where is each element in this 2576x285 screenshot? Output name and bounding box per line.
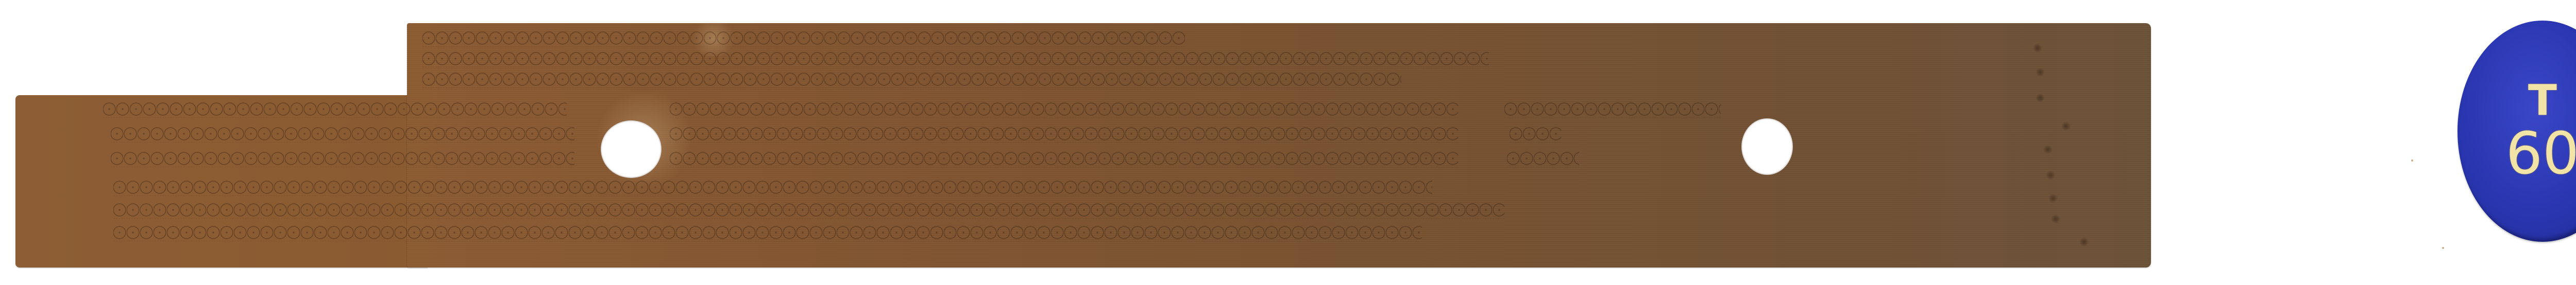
unreadable-margin-mark <box>2030 64 2050 79</box>
catalog-tag-letter: T <box>2528 80 2557 122</box>
dust-speck <box>2411 159 2413 162</box>
unreadable-handwriting-line <box>113 203 1504 219</box>
dust-speck <box>2442 247 2444 249</box>
unreadable-handwriting-line <box>113 180 1432 196</box>
unreadable-margin-mark <box>2048 234 2120 248</box>
unreadable-margin-mark <box>2043 190 2063 205</box>
catalog-tag-number: 60 <box>2506 125 2576 183</box>
unreadable-handwriting-line <box>670 102 1458 118</box>
unreadable-handwriting-line <box>1510 127 1561 142</box>
unreadable-margin-mark <box>2045 211 2066 225</box>
unreadable-handwriting-line <box>111 151 574 167</box>
unreadable-handwriting-line <box>670 151 1458 167</box>
unreadable-margin-mark <box>2030 90 2050 104</box>
unreadable-margin-mark <box>2030 118 2102 133</box>
unreadable-margin-mark <box>2040 167 2061 182</box>
unreadable-margin-mark <box>2038 141 2058 156</box>
unreadable-handwriting-line <box>422 31 1185 47</box>
unreadable-handwriting-line <box>422 72 1401 88</box>
unreadable-handwriting-line <box>1504 102 1721 118</box>
unreadable-handwriting-line <box>111 127 574 142</box>
unreadable-handwriting-line <box>113 225 1422 241</box>
catalog-tag: T 60 <box>2458 21 2576 242</box>
unreadable-handwriting-line <box>1507 151 1579 167</box>
unreadable-handwriting-line <box>422 51 1489 67</box>
unreadable-handwriting-line <box>670 127 1458 142</box>
binding-hole-right <box>1741 118 1793 175</box>
unreadable-handwriting-line <box>103 102 567 118</box>
unreadable-margin-mark <box>2027 40 2048 55</box>
manuscript-scene: T 60 <box>0 0 2576 285</box>
binding-hole-left <box>601 120 662 178</box>
